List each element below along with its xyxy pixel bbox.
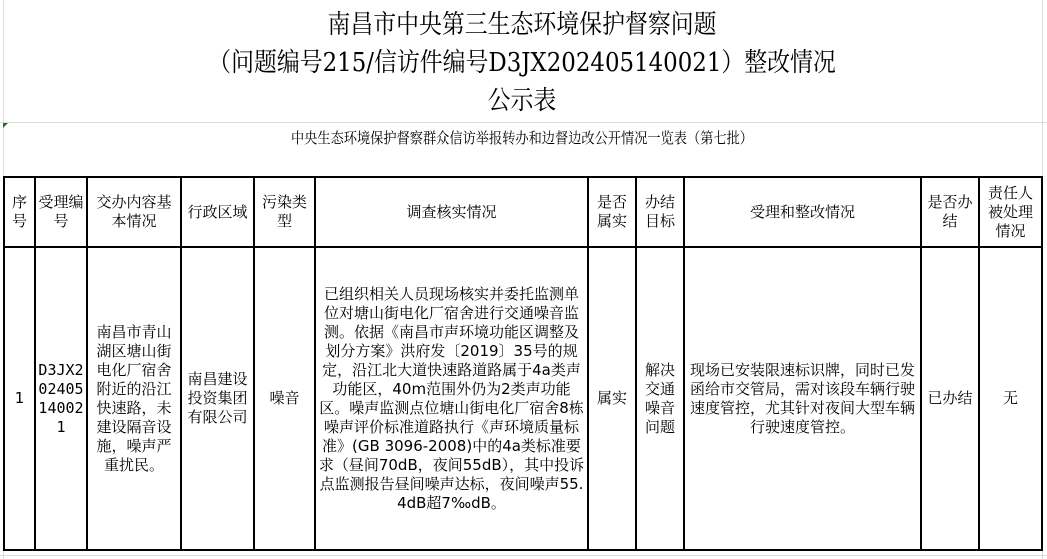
document-title: 南昌市中央第三生态环境保护督察问题 （问题编号215/信访件编号D3JX2024… [3, 0, 1041, 122]
cell-accountability: 无 [979, 247, 1042, 550]
title-line-1: 南昌市中央第三生态环境保护督察问题 [65, 6, 978, 44]
header-complaint: 交办内容基本情况 [87, 177, 181, 247]
header-case-number: 受理编号 [35, 177, 87, 247]
title-line-3: 公示表 [65, 82, 978, 120]
title-line-2: （问题编号215/信访件编号D3JX202405140021）整改情况 [65, 44, 978, 82]
cell-comment-marker-icon [3, 123, 8, 128]
cell-completed: 已办结 [921, 247, 979, 550]
header-completed: 是否办结 [921, 177, 979, 247]
table-header-row: 序号 受理编号 交办内容基本情况 行政区域 污染类型 调查核实情况 是否属实 办… [4, 177, 1042, 247]
rectification-table: 序号 受理编号 交办内容基本情况 行政区域 污染类型 调查核实情况 是否属实 办… [3, 176, 1043, 551]
sheet-gridline [0, 122, 1047, 123]
cell-pollution-type: 噪音 [254, 247, 315, 550]
header-goal: 办结目标 [636, 177, 684, 247]
header-accountability: 责任人被处理情况 [979, 177, 1042, 247]
header-verified: 是否属实 [588, 177, 636, 247]
table-row: 1 D3JX202405140021 南昌市青山湖区塘山街电化厂宿舍附近的沿江快… [4, 247, 1042, 550]
header-district: 行政区域 [181, 177, 254, 247]
header-investigation: 调查核实情况 [315, 177, 588, 247]
cell-verified: 属实 [588, 247, 636, 550]
cell-goal: 解决交通噪音问题 [636, 247, 684, 550]
cell-index: 1 [4, 247, 35, 550]
cell-case-number: D3JX202405140021 [35, 247, 87, 550]
header-index: 序号 [4, 177, 35, 247]
header-pollution-type: 污染类型 [254, 177, 315, 247]
cell-rectification: 现场已安装限速标识牌，同时已发函给市交管局，需对该段车辆行驶速度管控，尤其针对夜… [684, 247, 921, 550]
cell-complaint: 南昌市青山湖区塘山街电化厂宿舍附近的沿江快速路，未建设隔音设施，噪声严重扰民。 [87, 247, 181, 550]
header-rectification: 受理和整改情况 [684, 177, 921, 247]
table-subtitle: 中央生态环境保护督察群众信访举报转办和边督边改公开情况一览表（第七批） [65, 128, 978, 148]
cell-investigation: 已组织相关人员现场核实并委托监测单位对塘山街电化厂宿舍进行交通噪音监测。依据《南… [315, 247, 588, 550]
cell-district: 南昌建设投资集团有限公司 [181, 247, 254, 550]
sheet-gridline [0, 555, 1047, 556]
